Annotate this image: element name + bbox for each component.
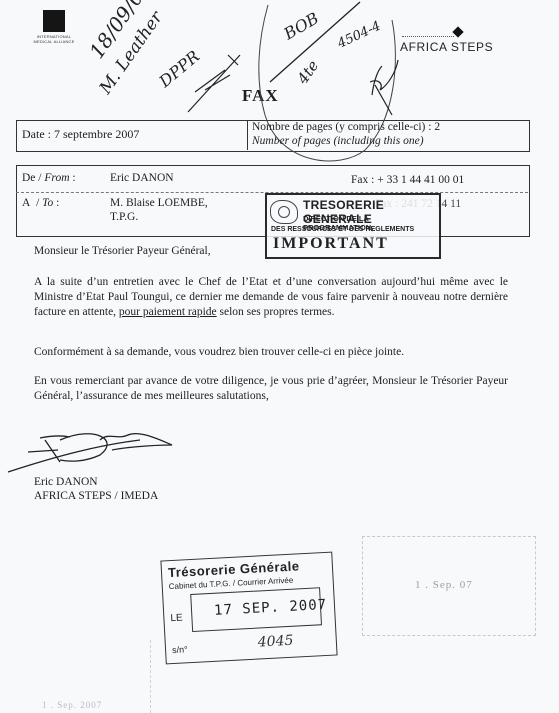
handwritten-circle-1: BOB [280,8,323,44]
handwritten-line3: DPPR [155,47,204,92]
handwritten-circle-3: 4te [293,57,322,88]
signature-scribble [8,434,172,472]
handwritten-circle-2: 4504-4 [334,19,383,52]
fax-page: International Medical Alliance AFRICA ST… [0,0,559,713]
handwriting-layer: 18/09/07 M. Leather DPPR BOB 4504-4 4te [0,0,559,713]
handwritten-initials [370,60,398,115]
